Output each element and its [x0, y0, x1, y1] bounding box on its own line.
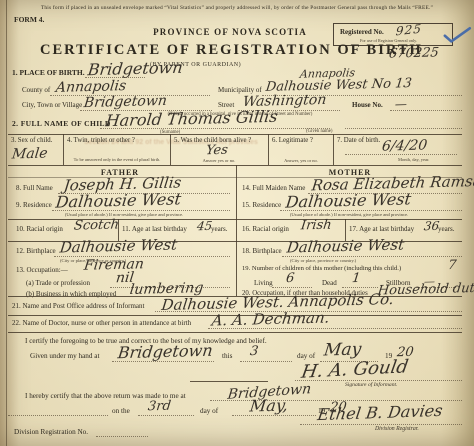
father-trade-label: (a) Trade or profession	[26, 279, 90, 287]
mother-racial-origin-label: 16. Racial origin	[242, 225, 289, 233]
twin-note: To be answered only in the event of plur…	[65, 157, 169, 162]
document-title: CERTIFICATE OF REGISTRATION OF BIRTH	[40, 42, 390, 59]
sex-label: 3. Sex of child.	[11, 137, 52, 144]
father-age-label: 11. Age at last birthday	[122, 225, 187, 233]
father-name-label: 8. Full Name	[16, 184, 53, 192]
place-of-birth-label: 1. PLACE OF BIRTH.	[12, 68, 85, 77]
mother-residence-value: Dalhousie West	[285, 189, 412, 211]
signature-of-informant-note: Signature of Informant.	[345, 382, 397, 388]
house-no-label: House No.	[352, 101, 383, 109]
registered-label: Registered No.	[340, 28, 384, 36]
father-birthplace-value: Dalhousie West	[59, 235, 179, 256]
county-label: County of	[22, 86, 50, 94]
date-of-birth-note: Month, day, year.	[398, 157, 429, 162]
informant-label: 21. Name and Post Office address of Info…	[12, 302, 144, 310]
father-racial-origin-value: Scotch	[73, 217, 120, 233]
father-birthplace-label: 12. Birthplace	[16, 247, 56, 255]
children-dead-label: Dead	[322, 279, 337, 287]
father-age-suffix: years.	[211, 225, 228, 233]
this-day-value: 3	[249, 344, 259, 359]
father-racial-origin-label: 10. Racial origin	[16, 225, 63, 233]
children-living-label: Living	[254, 279, 273, 287]
registrar-signature: Ethel B. Davies	[316, 401, 444, 424]
father-residence-note: (Usual place of abode.) If non-resident,…	[18, 212, 230, 217]
sex-value: Male	[11, 146, 48, 163]
certificate-number-handwriting: 670225	[388, 45, 440, 61]
form-number: FORM 4.	[14, 15, 44, 24]
province-heading: PROVINCE OF NOVA SCOTIA	[90, 27, 370, 37]
registered-value-handwriting: 925	[395, 22, 422, 39]
given-place-value: Bridgetown	[117, 341, 214, 362]
legitimate-note: Answer, yes or no.	[270, 158, 332, 163]
informant-signature: H. A. Gould	[300, 356, 410, 383]
mother-age-label: 17. Age at last birthday	[349, 225, 414, 233]
mother-birthplace-note: (City or place, province or country.)	[290, 258, 356, 263]
postal-notice: This form if placed in an unsealed envel…	[9, 5, 465, 11]
mother-name-label: 14. Full Maiden Name	[242, 184, 305, 192]
city-value: Bridgetown	[83, 93, 168, 111]
day-of-label: day of	[297, 352, 315, 360]
mother-residence-note: (Usual place of abode.) If non-resident,…	[246, 212, 452, 217]
date-of-birth-label: 7. Date of birth.	[337, 137, 380, 144]
month-value: May	[323, 340, 363, 361]
this-label: this	[222, 352, 232, 360]
paper-edge-line	[6, 0, 7, 446]
mother-children-value: 7	[447, 258, 457, 273]
mother-racial-origin-value: Irish	[300, 218, 332, 234]
born-alive-note: Answer yes or no.	[172, 158, 266, 163]
father-residence-label: 9. Residence	[16, 201, 52, 209]
division-registration-no-label: Division Registration No.	[14, 428, 88, 436]
mother-birthplace-value: Dalhousie West	[286, 235, 406, 256]
given-under-hand-label: Given under my hand at	[30, 352, 99, 360]
mother-children-label: 19. Number of children of this mother (i…	[242, 265, 401, 272]
registrar-day-of-label: day of	[200, 407, 218, 415]
county-value: Annapolis	[55, 78, 127, 96]
father-occupation-label: 13. Occupation:—	[16, 266, 68, 274]
on-the-label: on the	[112, 407, 130, 415]
division-registrar-note: Division Registrar.	[375, 426, 419, 432]
on-the-value: 3rd	[147, 399, 172, 415]
house-no-value: —	[394, 97, 408, 111]
father-occupation-value: Fireman	[83, 256, 145, 274]
child-name-value: Harold Thomas Gillis	[105, 107, 279, 130]
given-name-note: (Given name)	[306, 129, 333, 134]
mother-birthplace-label: 18. Birthplace	[242, 247, 282, 255]
father-residence-value: Dalhousie West	[55, 189, 182, 211]
mother-age-suffix: years.	[438, 225, 455, 233]
children-living-value: 6	[285, 271, 295, 286]
children-dead-value: 1	[351, 271, 361, 286]
place-of-birth-value: Bridgetown	[87, 58, 184, 79]
date-of-birth-value: 6/4/20	[381, 137, 428, 154]
checkmark-ink-icon	[442, 24, 472, 47]
doctor-value: A. A. Dechman.	[211, 308, 331, 329]
legitimate-label: 6. Legitimate ?	[272, 137, 313, 144]
registrar-month-value: May,	[249, 396, 289, 416]
mother-residence-label: 15. Residence	[242, 201, 281, 209]
twin-label: 4. Twin, triplet or other ?	[67, 137, 135, 144]
city-label: City, Town or Village	[22, 101, 82, 109]
child-name-label: 2. FULL NAME OF CHILD	[12, 119, 111, 128]
doctor-label: 22. Name of Doctor, nurse or other perso…	[12, 319, 191, 327]
birth-certificate-document: This form if placed in an unsealed envel…	[0, 0, 474, 446]
born-alive-value: Yes	[205, 143, 229, 159]
